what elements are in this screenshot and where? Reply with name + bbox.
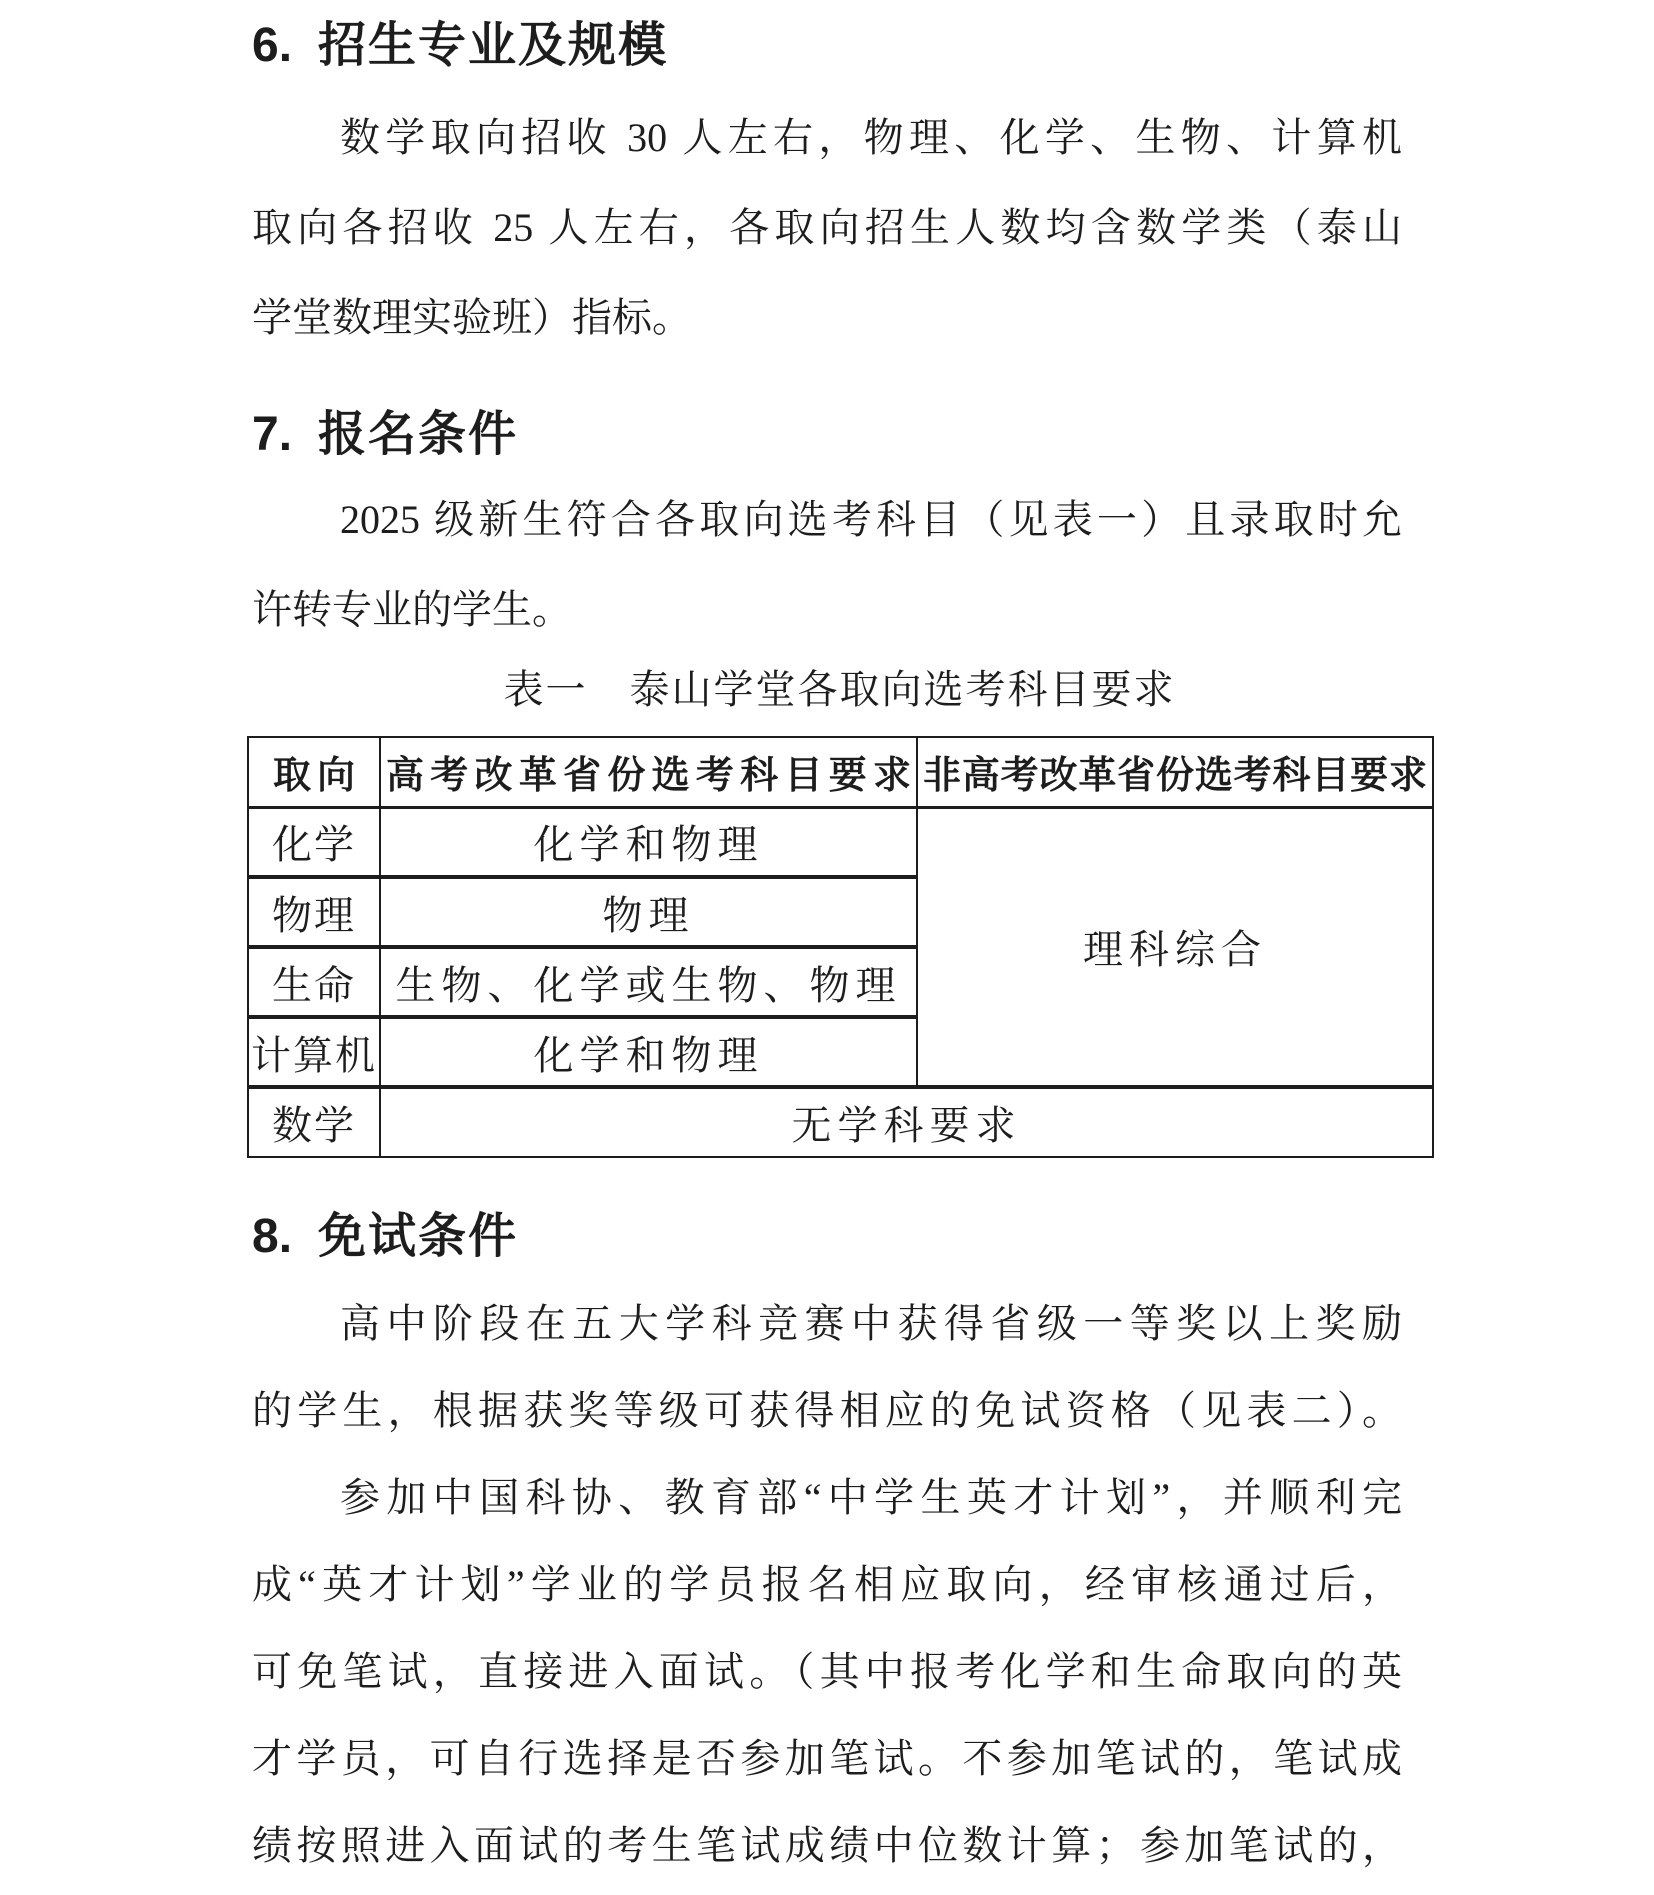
requirement-cell: 化学和物理: [380, 807, 917, 877]
table-row-math: 数学 无学科要求: [248, 1087, 1433, 1157]
table-header-non-reform-provinces: 非高考改革省份选考科目要求: [917, 737, 1433, 807]
requirement-cell: 化学和物理: [380, 1017, 917, 1087]
section-8-number: 8.: [252, 1209, 318, 1265]
requirement-cell: 物理: [380, 877, 917, 947]
section-6-paragraph: 数学取向招收 30 人左右，物理、化学、生物、计算机 取向各招收 25 人左右，…: [252, 93, 1402, 363]
table-header-orientation: 取向: [248, 737, 380, 807]
orientation-cell: 计算机: [248, 1017, 380, 1087]
section-8-paragraphs: 高中阶段在五大学科竞赛中获得省级一等奖以上奖励 的学生，根据获奖等级可获得相应的…: [252, 1280, 1402, 1889]
section-7-heading: 7.报名条件: [252, 407, 518, 463]
table-row: 化学 化学和物理 理科综合: [248, 807, 1433, 877]
section-8-heading: 8.免试条件: [252, 1209, 518, 1265]
orientation-cell: 物理: [248, 877, 380, 947]
paragraph-line: 绩按照进入面试的考生笔试成绩中位数计算；参加笔试的，: [252, 1802, 1402, 1889]
paragraph-line: 学堂数理实验班）指标。: [252, 273, 1402, 363]
section-7-number: 7.: [252, 407, 318, 463]
paragraph-line: 的学生，根据获奖等级可获得相应的免试资格（见表二）。: [252, 1367, 1402, 1454]
section-8-title: 免试条件: [318, 1210, 518, 1263]
table-caption: 表一 泰山学堂各取向选考科目要求: [247, 667, 1432, 713]
paragraph-line: 2025 级新生符合各取向选考科目（见表一）且录取时允: [252, 475, 1402, 565]
orientation-cell: 化学: [248, 807, 380, 877]
paragraph-line: 才学员，可自行选择是否参加笔试。不参加笔试的，笔试成: [252, 1715, 1402, 1802]
subject-requirements-table: 取向 高考改革省份选考科目要求 非高考改革省份选考科目要求 化学 化学和物理 理…: [247, 736, 1434, 1158]
paragraph-line: 参加中国科协、教育部“中学生英才计划”，并顺利完: [252, 1454, 1402, 1541]
section-7-paragraph: 2025 级新生符合各取向选考科目（见表一）且录取时允 许转专业的学生。: [252, 475, 1402, 655]
section-6-number: 6.: [252, 18, 318, 74]
paragraph-line: 取向各招收 25 人左右，各取向招生人数均含数学类（泰山: [252, 183, 1402, 273]
paragraph-line: 数学取向招收 30 人左右，物理、化学、生物、计算机: [252, 93, 1402, 183]
orientation-cell: 生命: [248, 947, 380, 1017]
paragraph-line: 许转专业的学生。: [252, 565, 1402, 655]
table-header-reform-provinces: 高考改革省份选考科目要求: [380, 737, 917, 807]
requirement-cell: 无学科要求: [380, 1087, 1433, 1157]
section-6-heading: 6.招生专业及规模: [252, 18, 668, 74]
document-page: 6.招生专业及规模 数学取向招收 30 人左右，物理、化学、生物、计算机 取向各…: [0, 0, 1654, 1895]
requirement-cell: 生物、化学或生物、物理: [380, 947, 917, 1017]
paragraph-line: 成“英才计划”学业的学员报名相应取向，经审核通过后，: [252, 1541, 1402, 1628]
table-header-row: 取向 高考改革省份选考科目要求 非高考改革省份选考科目要求: [248, 737, 1433, 807]
section-7-title: 报名条件: [318, 408, 518, 461]
section-6-title: 招生专业及规模: [318, 19, 668, 72]
paragraph-line: 可免笔试，直接进入面试。（其中报考化学和生命取向的英: [252, 1628, 1402, 1715]
non-reform-requirement-cell: 理科综合: [917, 807, 1433, 1087]
paragraph-line: 高中阶段在五大学科竞赛中获得省级一等奖以上奖励: [252, 1280, 1402, 1367]
orientation-cell: 数学: [248, 1087, 380, 1157]
